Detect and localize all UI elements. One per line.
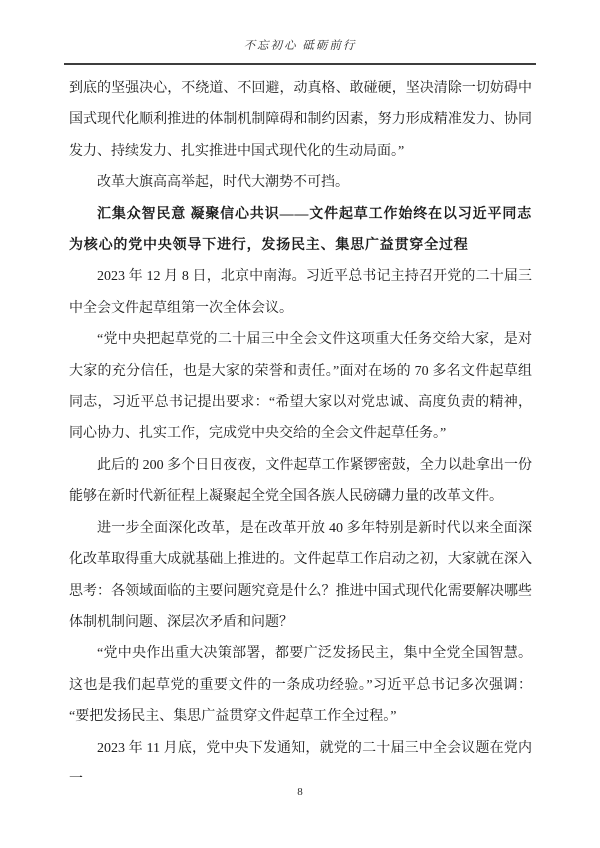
paragraph-continuation: 到底的坚强决心，不绕道、不回避，动真格、敢碰硬，坚决清除一切妨碍中国式现代化顺利… — [69, 73, 532, 167]
page-footer: 8 — [0, 786, 600, 798]
paragraph: 进一步全面深化改革，是在改革开放 40 多年特别是新时代以来全面深化改革取得重大… — [69, 513, 532, 639]
document-page: 不忘初心 砥砺前行 到底的坚强决心，不绕道、不回避，动真格、敢碰硬，坚决清除一切… — [0, 0, 600, 848]
header-divider — [64, 63, 536, 65]
section-heading: 汇集众智民意 凝聚信心共识——文件起草工作始终在以习近平同志为核心的党中央领导下… — [69, 199, 532, 262]
paragraph: “党中央把起草党的二十届三中全会文件这项重大任务交给大家，是对大家的充分信任，也… — [69, 324, 532, 450]
paragraph: 此后的 200 多个日日夜夜，文件起草工作紧锣密鼓，全力以赴拿出一份能够在新时代… — [69, 450, 532, 513]
document-body: 到底的坚强决心，不绕道、不回避，动真格、敢碰硬，坚决清除一切妨碍中国式现代化顺利… — [69, 73, 532, 795]
paragraph: “党中央作出重大决策部署，都要广泛发扬民主，集中全党全国智慧。这也是我们起草党的… — [69, 638, 532, 732]
paragraph: 2023 年 12 月 8 日，北京中南海。习近平总书记主持召开党的二十届三中全… — [69, 261, 532, 324]
page-number: 8 — [297, 786, 303, 798]
header-title: 不忘初心 砥砺前行 — [244, 40, 357, 52]
paragraph: 改革大旗高高举起，时代大潮势不可挡。 — [69, 167, 532, 198]
page-header: 不忘初心 砥砺前行 — [0, 37, 600, 53]
